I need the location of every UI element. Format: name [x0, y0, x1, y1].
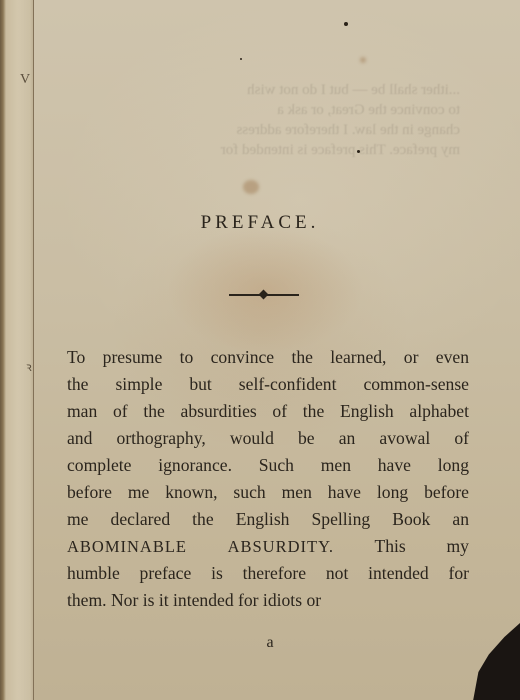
paper-stain: [360, 57, 366, 63]
body-line: man of the absurdities of the English al…: [67, 398, 469, 425]
body-line: humble preface is therefore not intended…: [67, 560, 469, 587]
body-line: the simple but self-confident common-sen…: [67, 371, 469, 398]
body-line-caps: ABOMINABLE ABSURDITY. This my: [67, 533, 469, 560]
body-line: To presume to convince the learned, or e…: [67, 344, 469, 371]
show-through-line: to convince the Great, or ask a: [60, 100, 460, 120]
signature-mark: a: [0, 634, 520, 652]
paper-speck: [344, 22, 348, 26]
body-line: them. Nor is it intended for idiots or: [67, 587, 469, 614]
emphasis-caps: ABOMINABLE ABSURDITY.: [67, 537, 334, 556]
diamond-icon: [259, 290, 269, 300]
page-title: PREFACE.: [0, 212, 520, 234]
paper-speck: [357, 150, 360, 153]
show-through-line: change in the law. I therefore address: [60, 120, 460, 140]
margin-mark-mid: ꝛ: [26, 358, 32, 375]
body-line: me declared the English Spelling Book an: [67, 506, 469, 533]
body-line-rest: This my: [374, 536, 469, 556]
show-through-line: my preface. This preface is intended for: [60, 140, 460, 160]
book-page: ...ither shall be — but I do not wish to…: [0, 0, 520, 700]
paper-speck: [240, 58, 242, 60]
preface-body: To presume to convince the learned, or e…: [67, 344, 469, 614]
ornament-rule: [229, 290, 299, 300]
body-line: before me known, such men have long befo…: [67, 479, 469, 506]
page-binding-edge: [0, 0, 34, 700]
margin-mark-top: V: [20, 72, 30, 88]
show-through-text: ...ither shall be — but I do not wish to…: [60, 80, 460, 180]
body-line: complete ignorance. Such men have long: [67, 452, 469, 479]
show-through-line: ...ither shall be — but I do not wish: [60, 80, 460, 100]
body-line: and orthography, would be an avowal of: [67, 425, 469, 452]
paper-stain: [243, 180, 259, 194]
